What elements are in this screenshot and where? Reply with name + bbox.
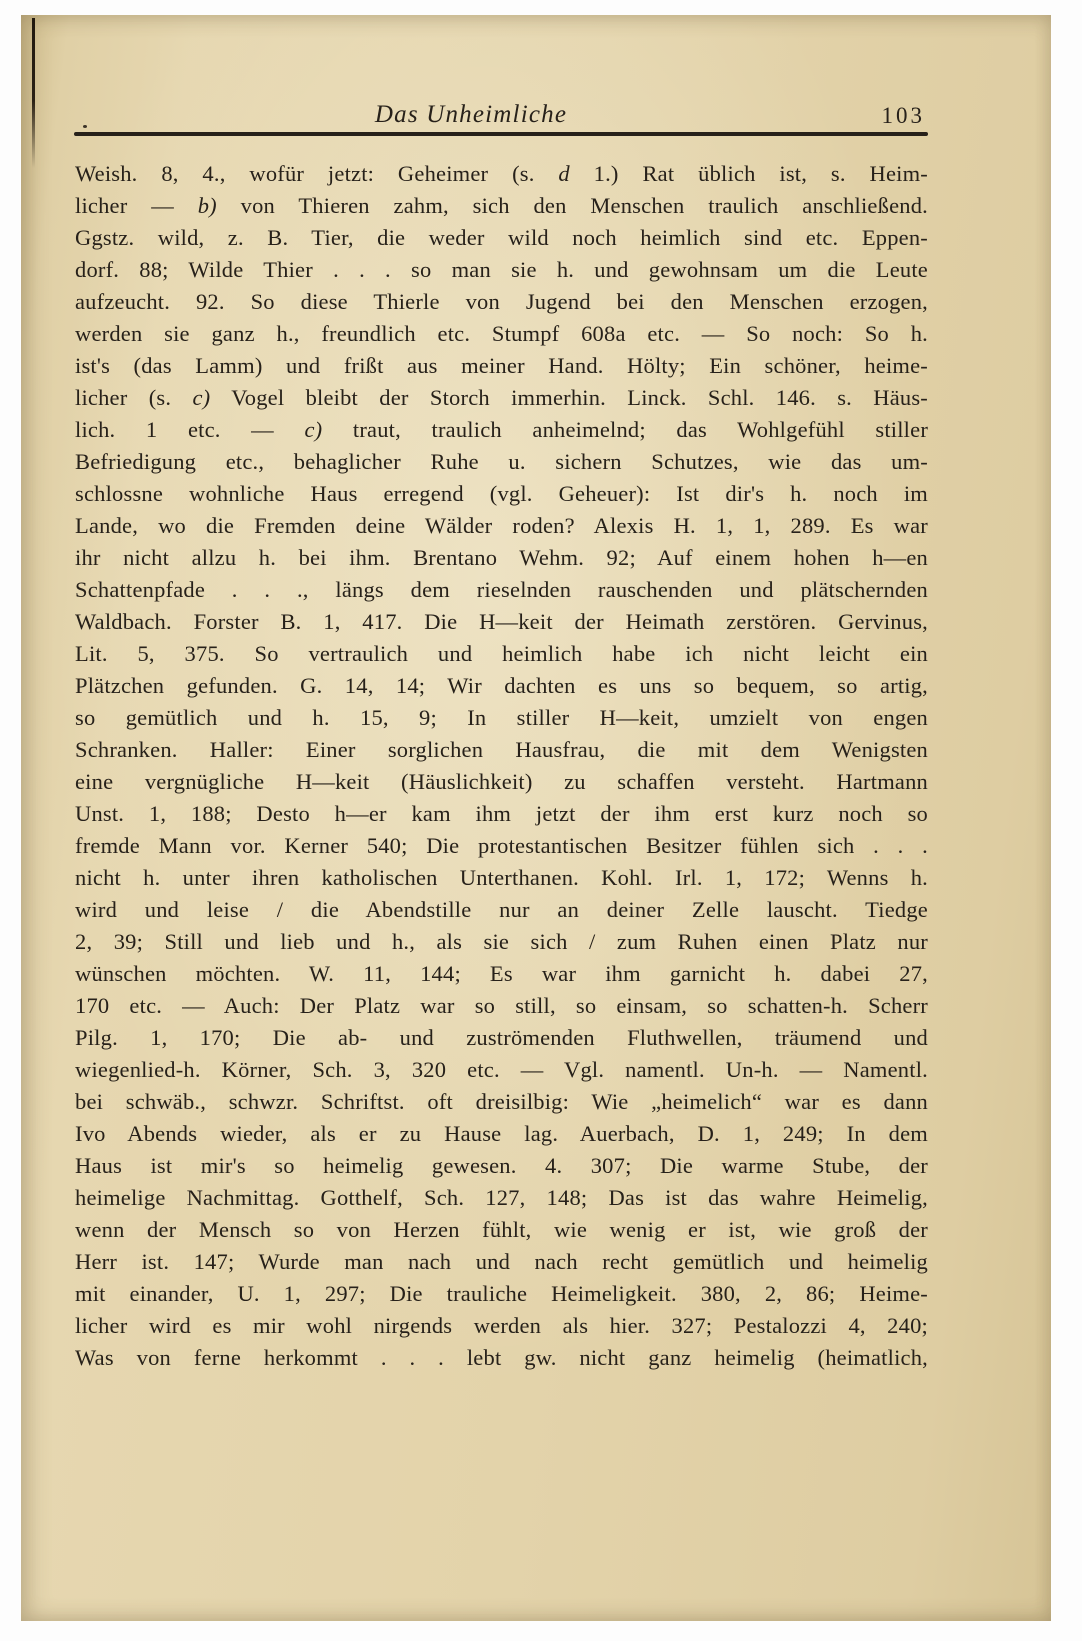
text-line-21: Unst. 1, 188; Desto h—er kam ihm jetzt d… xyxy=(75,798,928,830)
text-line-15: Waldbach. Forster B. 1, 417. Die H—keit … xyxy=(75,606,928,638)
text-line-29: wiegenlied-h. Körner, Sch. 3, 320 etc. —… xyxy=(75,1054,928,1086)
text-line-10: Befriedigung etc., behaglicher Ruhe u. s… xyxy=(75,446,928,478)
scan-background: { "colors": { "paper": "#e3d3aa", "ink":… xyxy=(0,0,1082,1641)
text-line-8: licher (s. c) Vogel bleibt der Storch im… xyxy=(75,382,928,414)
text-line-17: Plätzchen gefunden. G. 14, 14; Wir dacht… xyxy=(75,670,928,702)
text-line-25: 2, 39; Still und lieb und h., als sie si… xyxy=(75,926,928,958)
text-line-22: fremde Mann vor. Kerner 540; Die protest… xyxy=(75,830,928,862)
text-line-24: wird und leise / die Abendstille nur an … xyxy=(75,894,928,926)
text-line-5: aufzeucht. 92. So diese Thierle von Juge… xyxy=(75,286,928,318)
text-line-36: mit einander, U. 1, 297; Die trauliche H… xyxy=(75,1278,928,1310)
text-line-1: Weish. 8, 4., wofür jetzt: Geheimer (s. … xyxy=(75,158,928,190)
text-line-6: werden sie ganz h., freundlich etc. Stum… xyxy=(75,318,928,350)
text-line-34: wenn der Mensch so von Herzen fühlt, wie… xyxy=(75,1214,928,1246)
text-line-18: so gemütlich und h. 15, 9; In stiller H—… xyxy=(75,702,928,734)
ink-speck xyxy=(83,125,87,128)
text-line-9: lich. 1 etc. — c) traut, traulich anheim… xyxy=(75,414,928,446)
text-line-28: Pilg. 1, 170; Die ab- und zuströmenden F… xyxy=(75,1022,928,1054)
text-line-20: eine vergnügliche H—keit (Häuslichkeit) … xyxy=(75,766,928,798)
text-line-2: licher — b) von Thieren zahm, sich den M… xyxy=(75,190,928,222)
text-line-31: Ivo Abends wieder, als er zu Hause lag. … xyxy=(75,1118,928,1150)
text-line-14: Schattenpfade . . ., längs dem rieselnde… xyxy=(75,574,928,606)
text-line-33: heimelige Nachmittag. Gotthelf, Sch. 127… xyxy=(75,1182,928,1214)
text-line-16: Lit. 5, 375. So vertraulich und heimlich… xyxy=(75,638,928,670)
text-line-11: schlossne wohnliche Haus erregend (vgl. … xyxy=(75,478,928,510)
text-line-30: bei schwäb., schwzr. Schriftst. oft drei… xyxy=(75,1086,928,1118)
entry-text: Weish. 8, 4., wofür jetzt: Geheimer (s. … xyxy=(75,158,928,1374)
text-line-35: Herr ist. 147; Wurde man nach und nach r… xyxy=(75,1246,928,1278)
book-page: Das Unheimliche 103 Weish. 8, 4., wofür … xyxy=(21,15,1051,1621)
text-line-26: wünschen möchten. W. 11, 144; Es war ihm… xyxy=(75,958,928,990)
text-line-19: Schranken. Haller: Einer sorglichen Haus… xyxy=(75,734,928,766)
text-line-37: licher wird es mir wohl nirgends werden … xyxy=(75,1310,928,1342)
text-line-3: Ggstz. wild, z. B. Tier, die weder wild … xyxy=(75,222,928,254)
text-line-27: 170 etc. — Auch: Der Platz war so still,… xyxy=(75,990,928,1022)
page-edge-shadow xyxy=(32,18,35,168)
text-line-38: Was von ferne herkommt . . . lebt gw. ni… xyxy=(75,1342,928,1374)
header-rule xyxy=(74,132,928,136)
page-number: 103 xyxy=(882,103,926,129)
text-line-7: ist's (das Lamm) und frißt aus meiner Ha… xyxy=(75,350,928,382)
running-header-title: Das Unheimliche xyxy=(75,101,867,129)
text-line-23: nicht h. unter ihren katholischen Untert… xyxy=(75,862,928,894)
text-line-12: Lande, wo die Fremden deine Wälder roden… xyxy=(75,510,928,542)
text-line-32: Haus ist mir's so heimelig gewesen. 4. 3… xyxy=(75,1150,928,1182)
text-line-13: ihr nicht allzu h. bei ihm. Brentano Weh… xyxy=(75,542,928,574)
text-line-4: dorf. 88; Wilde Thier . . . so man sie h… xyxy=(75,254,928,286)
